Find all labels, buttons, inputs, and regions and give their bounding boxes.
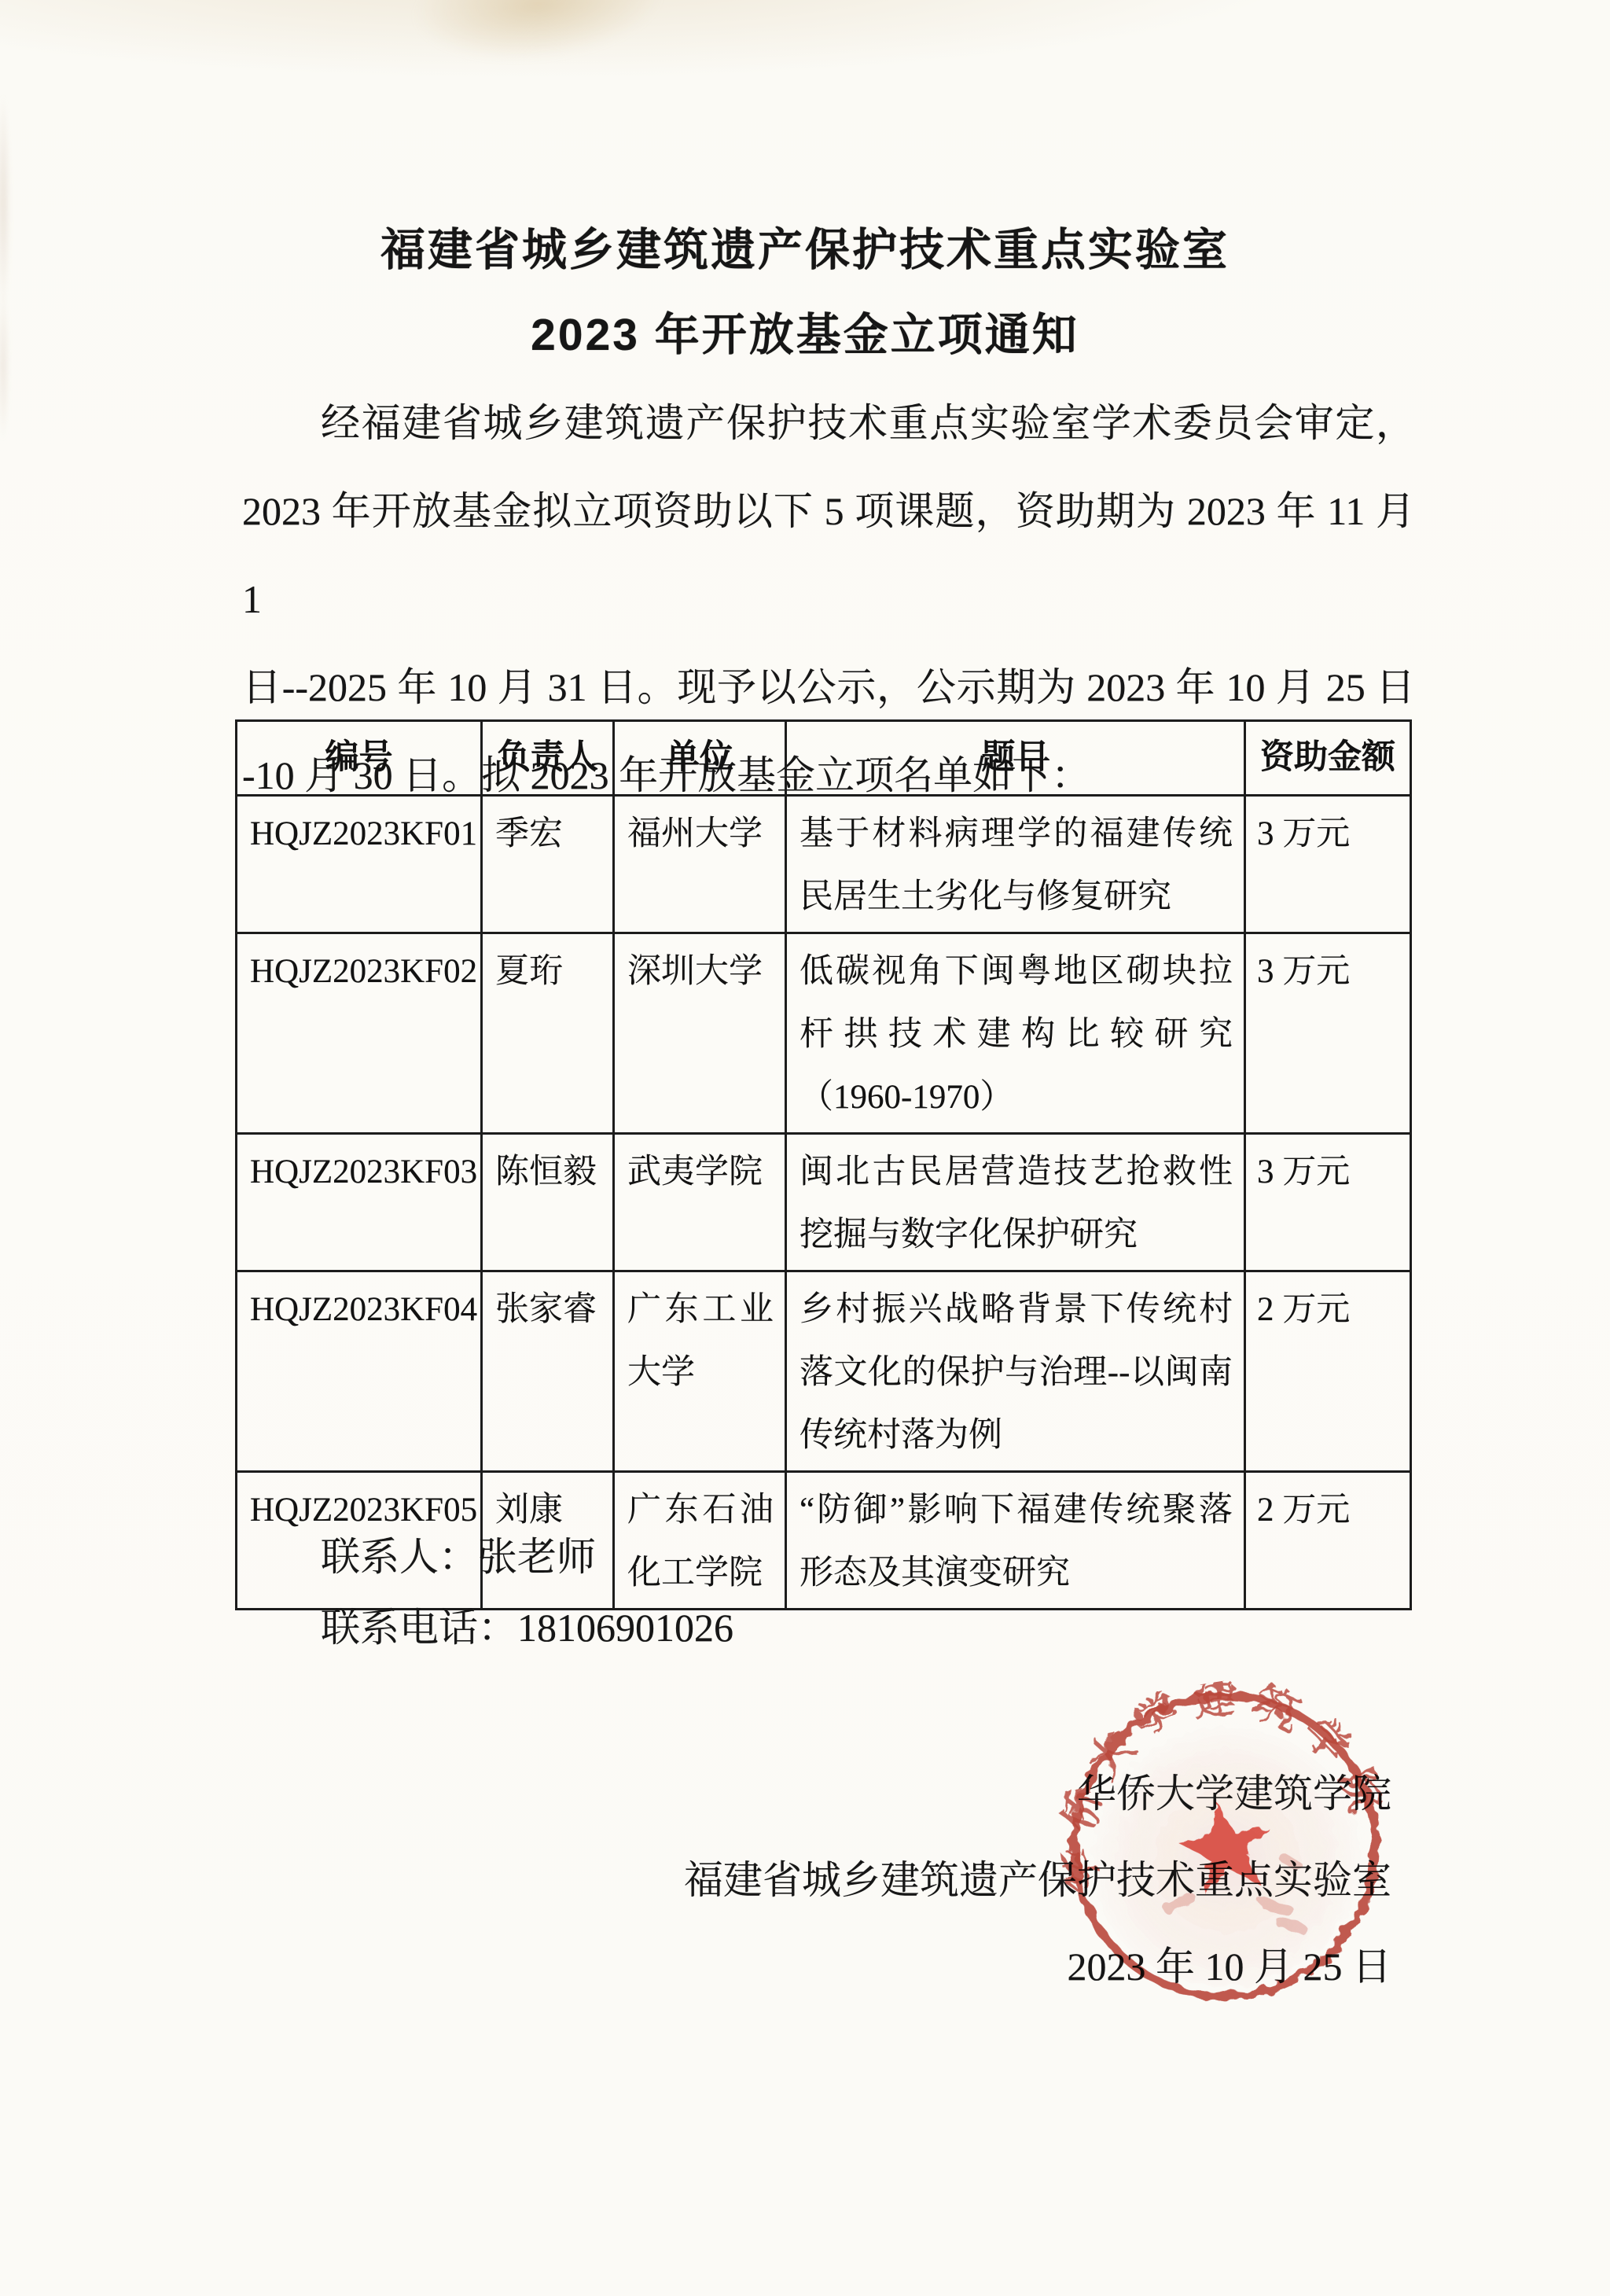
project-title: “防御”影响下福建传统聚落形态及其演变研究 (786, 1472, 1245, 1610)
project-title: 低碳视角下闽粤地区砌块拉杆拱技术建构比较研究（1960-1970） (786, 933, 1245, 1134)
column-header-amount: 资助金额 (1245, 721, 1411, 796)
table-header-row: 编号 负责人 单位 题目 资助金额 (237, 721, 1411, 796)
signature-lab: 福建省城乡建筑遗产保护技术重点实验室 (684, 1857, 1391, 1903)
project-code: HQJZ2023KF03 (237, 1134, 482, 1271)
scanned-notice-page: 福建省城乡建筑遗产保护技术重点实验室 2023 年开放基金立项通知 经福建省城乡… (0, 0, 1610, 2296)
contact-phone: 联系电话：18106901026 (321, 1604, 733, 1651)
signature-block: 华侨大学建筑学院 福建省城乡建筑遗产保护技术重点实验室 2023 年 10 月 … (684, 1771, 1391, 2030)
project-org: 武夷学院 (614, 1134, 786, 1271)
project-leader: 张家睿 (482, 1271, 614, 1472)
project-title: 闽北古民居营造技艺抢救性挖掘与数字化保护研究 (786, 1134, 1245, 1271)
project-code: HQJZ2023KF02 (237, 933, 482, 1134)
column-header-code: 编号 (237, 721, 482, 796)
paper-stain (404, 0, 673, 75)
paragraph-line: 2023 年开放基金拟立项资助以下 5 项课题，资助期为 2023 年 11 月… (242, 467, 1415, 643)
table-row: HQJZ2023KF02 夏珩 深圳大学 低碳视角下闽粤地区砌块拉杆拱技术建构比… (237, 933, 1411, 1134)
contact-block: 联系人：张老师 联系电话：18106901026 (321, 1533, 733, 1675)
project-org: 广东工业大学 (614, 1271, 786, 1472)
grant-projects-table: 编号 负责人 单位 题目 资助金额 HQJZ2023KF01 季宏 福州大学 基… (235, 719, 1412, 1610)
project-leader: 夏珩 (482, 933, 614, 1134)
signature-school: 华侨大学建筑学院 (684, 1771, 1391, 1816)
project-title: 乡村振兴战略背景下传统村落文化的保护与治理--以闽南传统村落为例 (786, 1271, 1245, 1472)
project-leader: 季宏 (482, 796, 614, 933)
project-amount: 3 万元 (1245, 1134, 1411, 1271)
page-subtitle: 2023 年开放基金立项通知 (0, 308, 1610, 362)
signature-date: 2023 年 10 月 25 日 (684, 1944, 1391, 1989)
table-row: HQJZ2023KF03 陈恒毅 武夷学院 闽北古民居营造技艺抢救性挖掘与数字化… (237, 1134, 1411, 1271)
project-amount: 3 万元 (1245, 796, 1411, 933)
paragraph-line: 经福建省城乡建筑遗产保护技术重点实验室学术委员会审定， (242, 379, 1415, 467)
project-amount: 2 万元 (1245, 1271, 1411, 1472)
project-org: 福州大学 (614, 796, 786, 933)
contact-person: 联系人：张老师 (321, 1533, 733, 1580)
project-code: HQJZ2023KF04 (237, 1271, 482, 1472)
project-code: HQJZ2023KF01 (237, 796, 482, 933)
column-header-org: 单位 (614, 721, 786, 796)
page-title: 福建省城乡建筑遗产保护技术重点实验室 (0, 223, 1610, 277)
column-header-leader: 负责人 (482, 721, 614, 796)
column-header-title: 题目 (786, 721, 1245, 796)
table-row: HQJZ2023KF01 季宏 福州大学 基于材料病理学的福建传统民居生土劣化与… (237, 796, 1411, 933)
project-title: 基于材料病理学的福建传统民居生土劣化与修复研究 (786, 796, 1245, 933)
paragraph-line: 日--2025 年 10 月 31 日。现予以公示，公示期为 2023 年 10… (242, 643, 1415, 731)
table-row: HQJZ2023KF04 张家睿 广东工业大学 乡村振兴战略背景下传统村落文化的… (237, 1271, 1411, 1472)
project-org: 深圳大学 (614, 933, 786, 1134)
project-amount: 3 万元 (1245, 933, 1411, 1134)
project-leader: 陈恒毅 (482, 1134, 614, 1271)
project-amount: 2 万元 (1245, 1472, 1411, 1610)
